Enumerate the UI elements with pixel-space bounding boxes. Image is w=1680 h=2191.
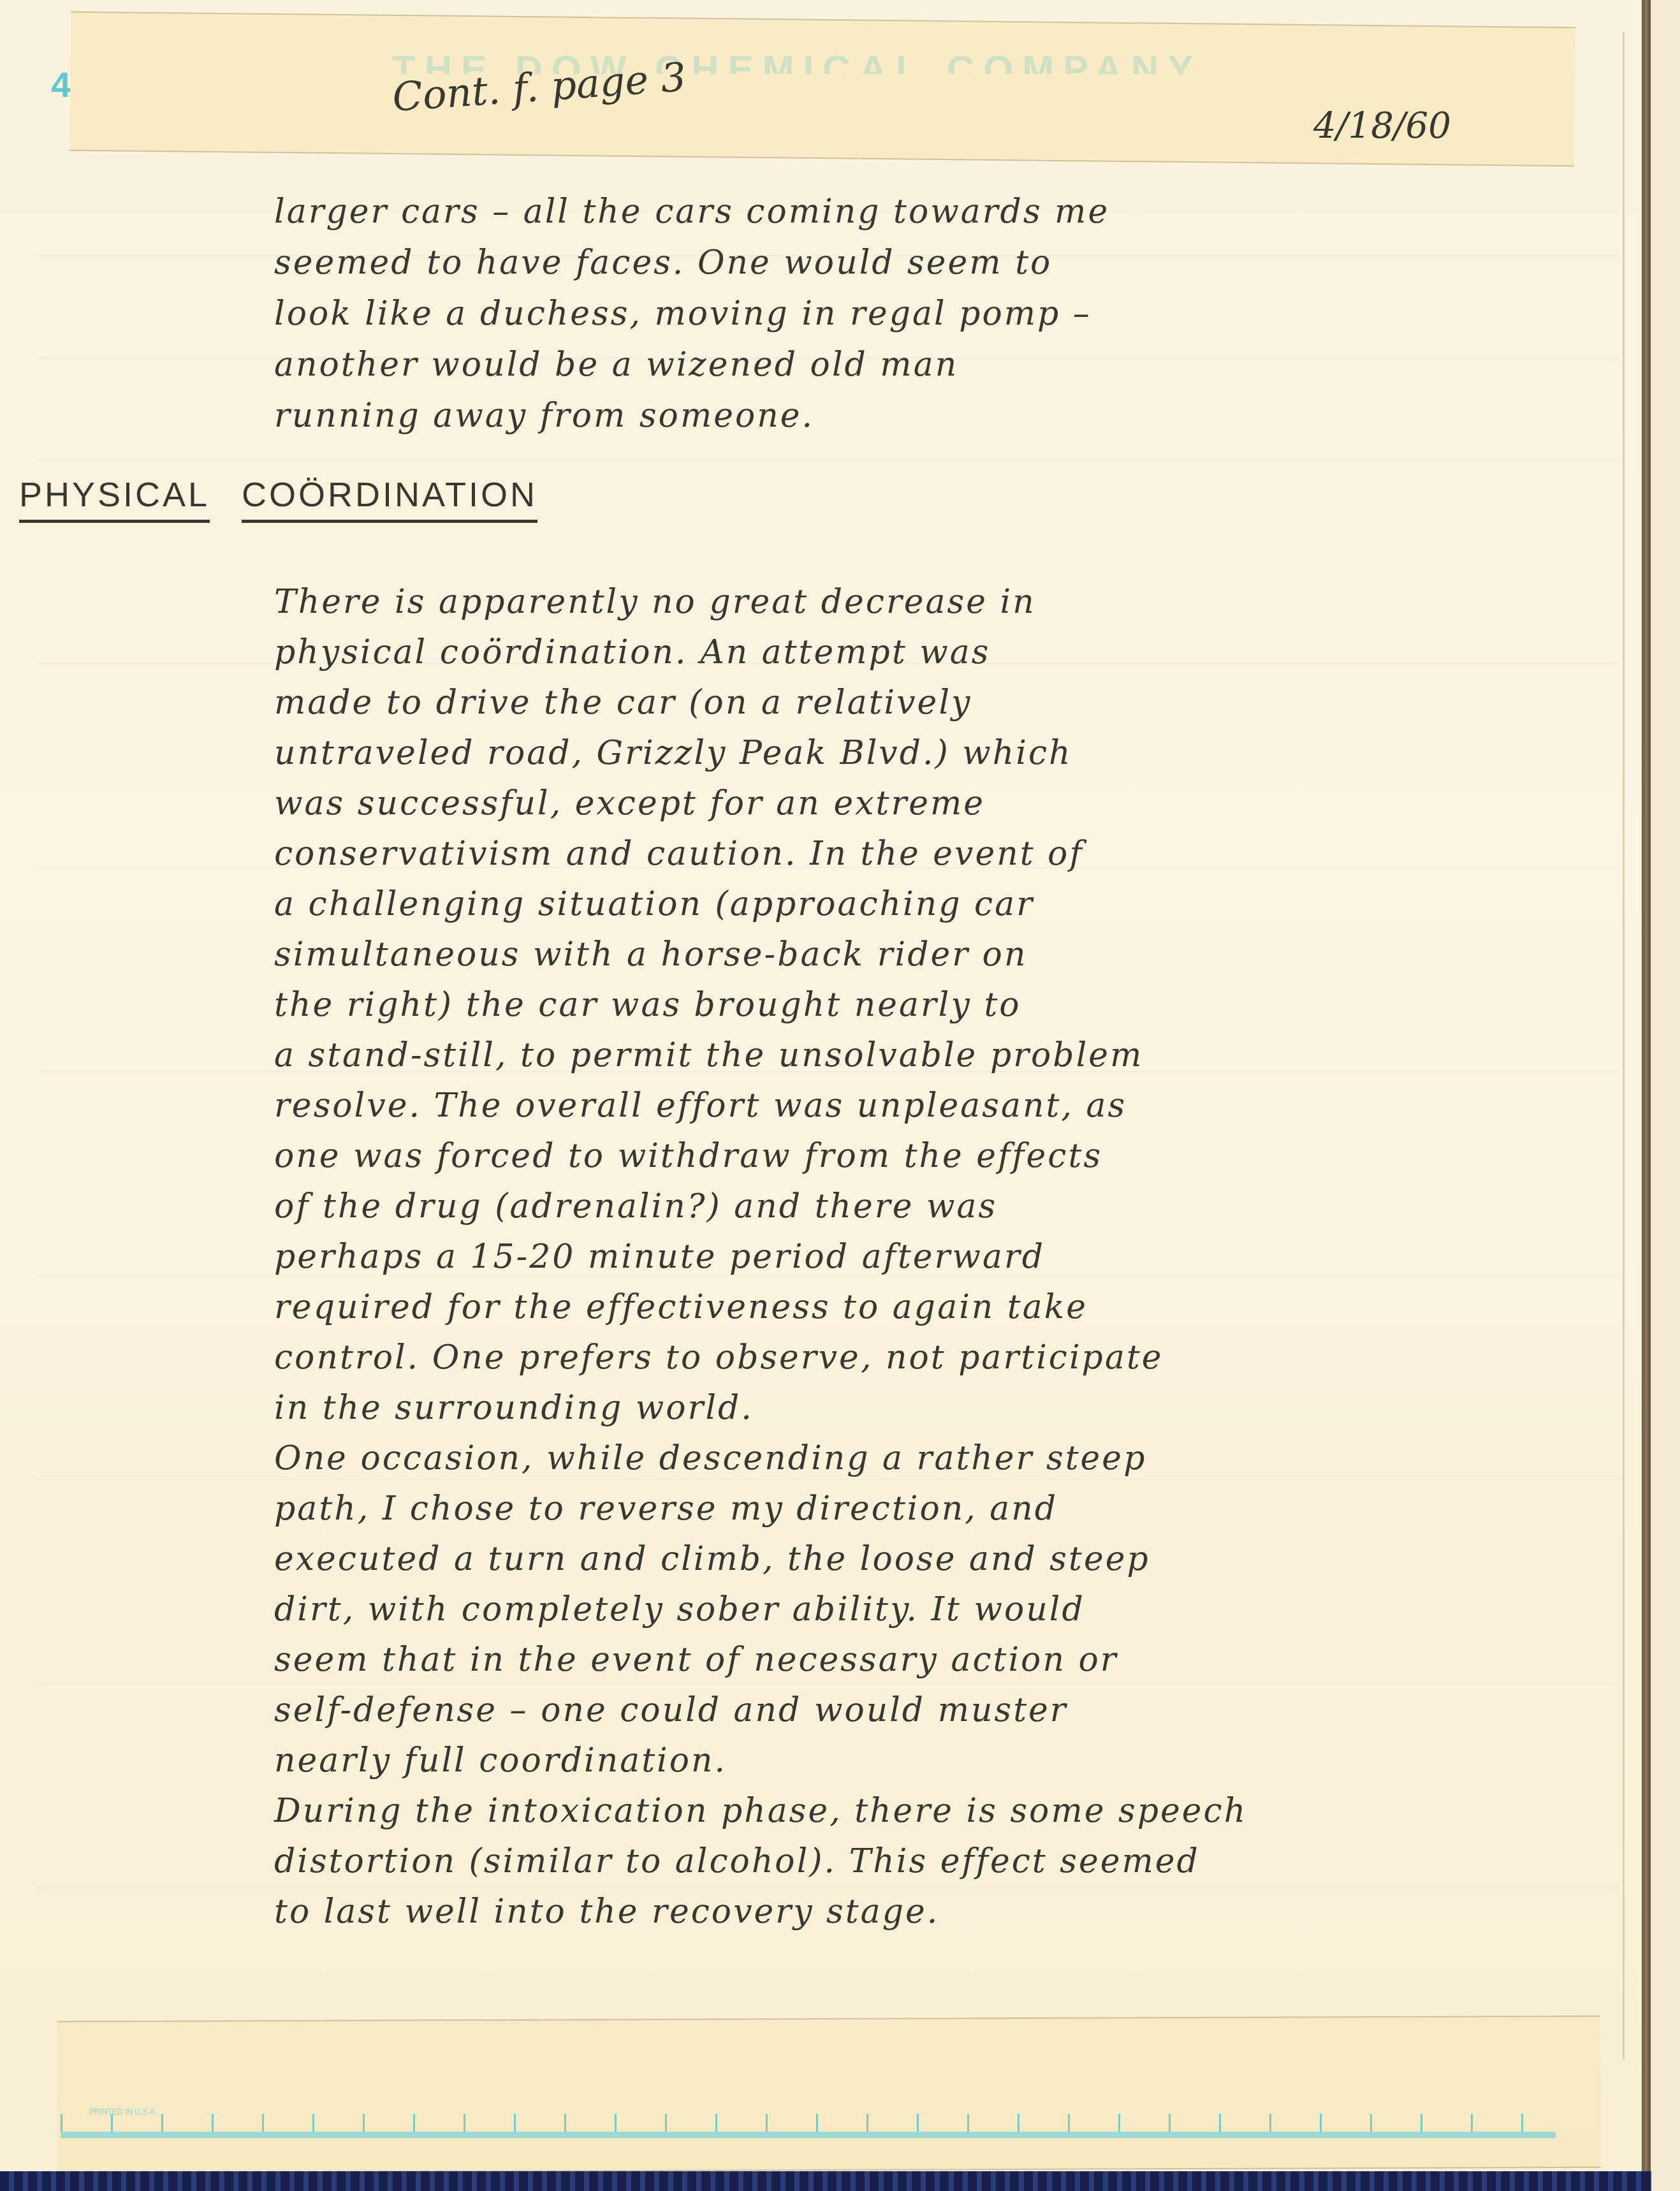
text-line: physical coördination. An attempt was [274, 627, 1247, 678]
text-line: control. One prefers to observe, not par… [274, 1333, 1247, 1383]
text-line: in the surrounding world. [274, 1383, 1247, 1433]
text-line: seem that in the event of necessary acti… [274, 1635, 1247, 1685]
text-line: the right) the car was brought nearly to [274, 980, 1247, 1030]
text-line: was successful, except for an extreme [274, 779, 1247, 829]
entry-date: 4/18/60 [1313, 105, 1451, 147]
text-line: nearly full coordination. [274, 1736, 1247, 1786]
text-line: executed a turn and climb, the loose and… [274, 1534, 1247, 1585]
text-line: path, I chose to reverse my direction, a… [274, 1484, 1247, 1534]
text-line: of the drug (adrenalin?) and there was [274, 1182, 1247, 1232]
tape-strip-bottom [57, 2016, 1601, 2173]
text-line: untraveled road, Grizzly Peak Blvd.) whi… [274, 728, 1247, 779]
text-line: conservativism and caution. In the event… [274, 829, 1247, 879]
heading-word-coordination: COÖRDINATION [242, 475, 537, 523]
text-line: One occasion, while descending a rather … [274, 1433, 1247, 1484]
adjacent-page-edge [1651, 0, 1680, 2191]
text-line: During the intoxication phase, there is … [274, 1786, 1247, 1836]
measurement-ruler [61, 2114, 1556, 2138]
page-number: 4 [51, 64, 71, 105]
text-line: larger cars – all the cars coming toward… [274, 186, 1109, 237]
text-line: perhaps a 15-20 minute period afterward [274, 1232, 1247, 1282]
ruled-line [38, 459, 1619, 460]
text-line: self-defense – one could and would muste… [274, 1685, 1247, 1736]
section-body: There is apparently no great decrease in… [274, 577, 1247, 1937]
text-line: running away from someone. [274, 390, 1109, 441]
text-line: seemed to have faces. One would seem to [274, 237, 1109, 288]
text-line: a stand-still, to permit the unsolvable … [274, 1030, 1247, 1081]
text-line: look like a duchess, moving in regal pom… [274, 288, 1109, 339]
intro-paragraph: larger cars – all the cars coming toward… [274, 186, 1109, 441]
background-fabric [0, 2171, 1651, 2191]
text-line: one was forced to withdraw from the effe… [274, 1131, 1247, 1182]
text-line: a challenging situation (approaching car [274, 879, 1247, 930]
text-line: required for the effectiveness to again … [274, 1282, 1247, 1333]
notebook-binding [1642, 0, 1651, 2191]
section-heading: PHYSICALCOÖRDINATION [19, 475, 569, 523]
text-line: simultaneous with a horse-back rider on [274, 930, 1247, 980]
text-line: There is apparently no great decrease in [274, 577, 1247, 627]
text-line: resolve. The overall effort was unpleasa… [274, 1081, 1247, 1131]
text-line: made to drive the car (on a relatively [274, 678, 1247, 728]
notebook-page: 4 THE DOW CHEMICAL COMPANY Cont. f. page… [0, 0, 1646, 2181]
text-line: dirt, with completely sober ability. It … [274, 1585, 1247, 1635]
text-line: to last well into the recovery stage. [274, 1887, 1247, 1937]
heading-word-physical: PHYSICAL [19, 475, 210, 523]
margin-line [1623, 32, 1625, 2060]
text-line: another would be a wizened old man [274, 339, 1109, 390]
text-line: distortion (similar to alcohol). This ef… [274, 1836, 1247, 1887]
